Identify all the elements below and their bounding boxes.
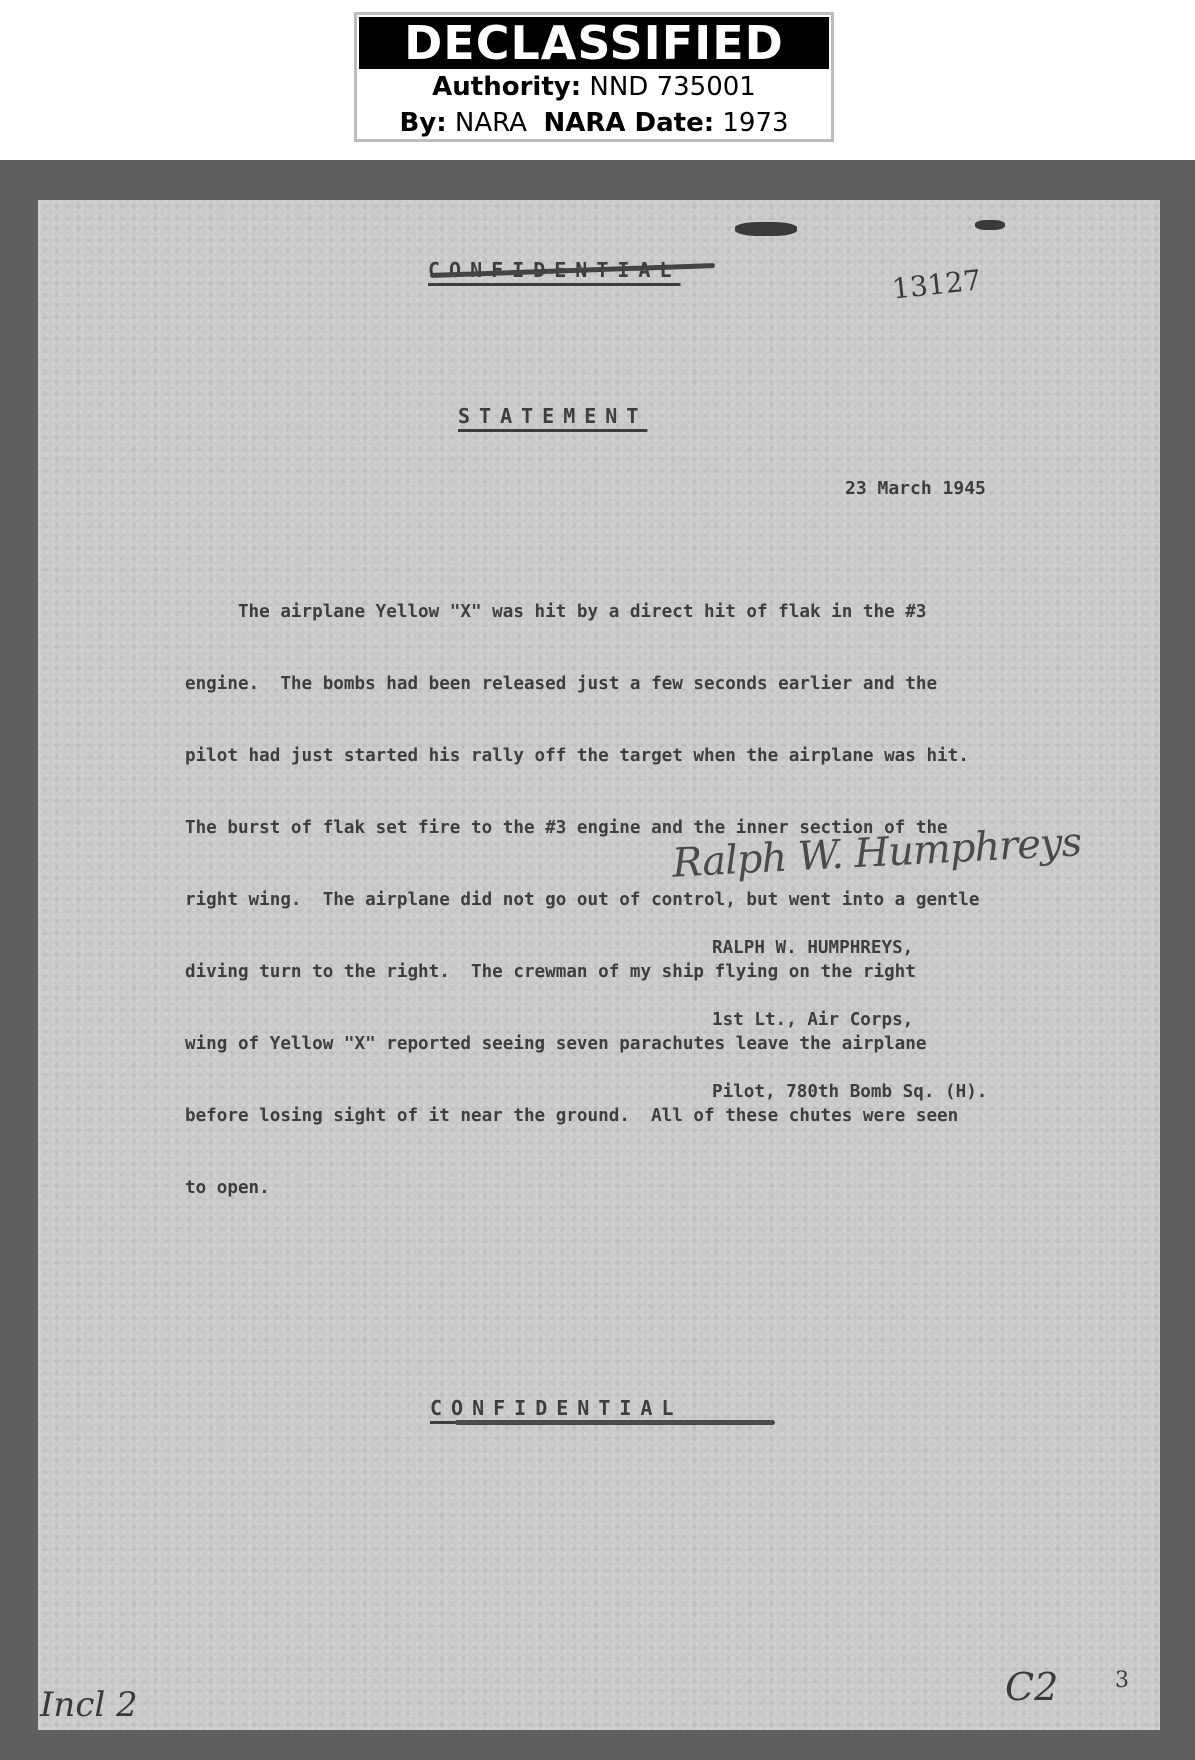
handwritten-page-number: 3 — [1115, 1668, 1129, 1693]
document-heading: STATEMENT — [458, 404, 647, 428]
signatory-position: Pilot, 780th Bomb Sq. (H). — [712, 1080, 987, 1104]
signature-block: RALPH W. HUMPHREYS, 1st Lt., Air Corps, … — [712, 888, 987, 1128]
ink-blot — [975, 220, 1005, 230]
handwritten-inclosure-note: Incl 2 — [40, 1685, 138, 1725]
stamp-by-date: By: NARA NARA Date: 1973 — [357, 105, 831, 141]
body-line: to open. — [185, 1176, 1085, 1200]
body-line: The airplane Yellow "X" was hit by a dir… — [185, 600, 1085, 624]
stamp-title: DECLASSIFIED — [359, 17, 829, 69]
classification-bottom: CONFIDENTIAL — [430, 1396, 683, 1420]
document-date: 23 March 1945 — [845, 478, 986, 499]
strikethrough-bottom — [455, 1420, 775, 1425]
declassified-stamp: DECLASSIFIED Authority: NND 735001 By: N… — [354, 12, 834, 142]
stamp-authority: Authority: NND 735001 — [357, 69, 831, 105]
body-line: engine. The bombs had been released just… — [185, 672, 1085, 696]
signatory-name: RALPH W. HUMPHREYS, — [712, 936, 987, 960]
handwritten-code: C2 — [1005, 1665, 1058, 1709]
signatory-rank: 1st Lt., Air Corps, — [712, 1008, 987, 1032]
ink-blot — [735, 222, 797, 236]
body-line: pilot had just started his rally off the… — [185, 744, 1085, 768]
